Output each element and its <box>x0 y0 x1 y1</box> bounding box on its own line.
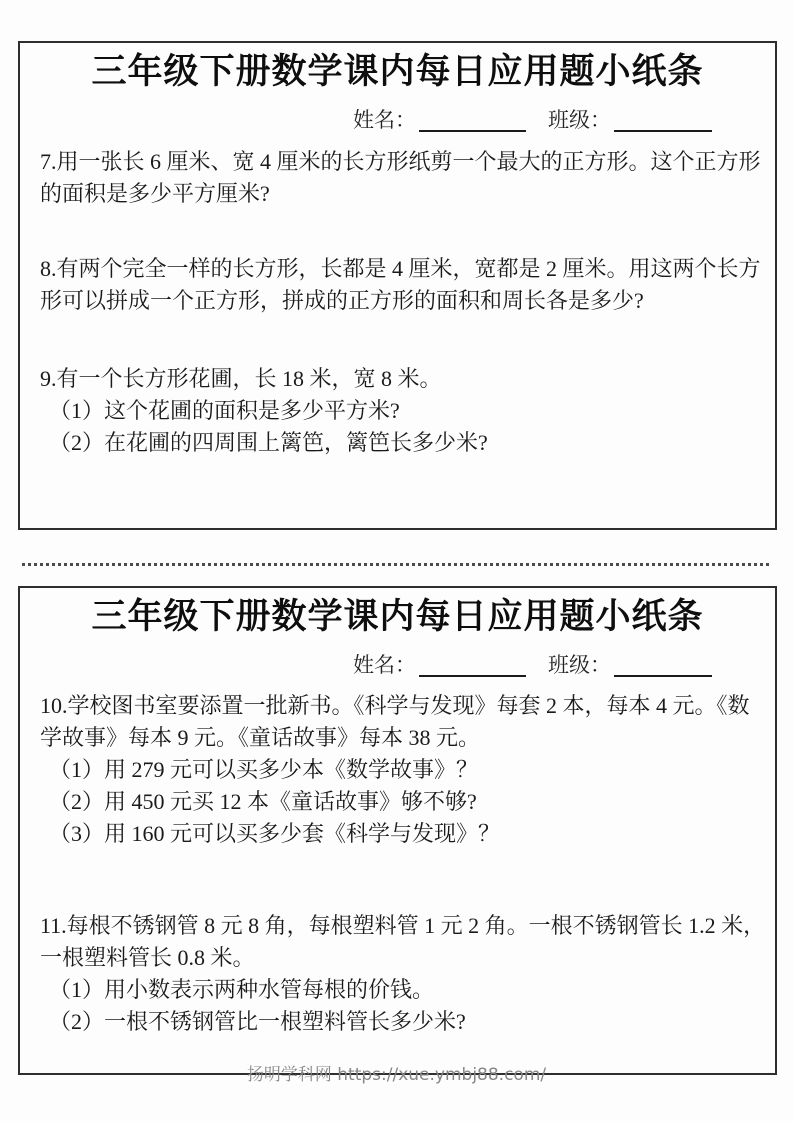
class-label: 班级： <box>548 108 611 132</box>
name-class-row: 姓名： 班级： <box>20 108 712 132</box>
name-blank-line <box>419 109 526 132</box>
question-subline: （2）在花圃的四周围上篱笆，篱笆长多少米? <box>40 427 763 459</box>
worksheet-page: 三年级下册数学课内每日应用题小纸条 姓名： 班级： 7.用一张长 6 厘米、宽 … <box>0 0 793 1121</box>
question-subline: （1）用小数表示两种水管每根的价钱。 <box>40 974 763 1006</box>
question-line: 7.用一张长 6 厘米、宽 4 厘米的长方形纸剪一个最大的正方形。这个正方形 <box>40 146 763 178</box>
question-subline: （3）用 160 元可以买多少套《科学与发现》？ <box>40 818 763 850</box>
page-title: 三年级下册数学课内每日应用题小纸条 <box>26 597 769 637</box>
question-8: 8.有两个完全一样的长方形，长都是 4 厘米，宽都是 2 厘米。用这两个长方 形… <box>40 253 763 317</box>
question-line: 学故事》每本 9 元。《童话故事》每本 38 元。 <box>40 722 763 754</box>
name-class-row: 姓名： 班级： <box>20 653 712 677</box>
class-blank-line <box>614 654 712 677</box>
question-line: 的面积是多少平方厘米? <box>40 178 763 210</box>
question-line: 一根塑料管长 0.8 米。 <box>40 942 763 974</box>
question-line: 8.有两个完全一样的长方形，长都是 4 厘米，宽都是 2 厘米。用这两个长方 <box>40 253 763 285</box>
question-11: 11.每根不锈钢管 8 元 8 角，每根塑料管 1 元 2 角。一根不锈钢管长 … <box>40 910 763 1038</box>
class-blank-line <box>614 109 712 132</box>
question-subline: （1）这个花圃的面积是多少平方米? <box>40 395 763 427</box>
page-title: 三年级下册数学课内每日应用题小纸条 <box>26 52 769 92</box>
question-9: 9.有一个长方形花圃，长 18 米，宽 8 米。 （1）这个花圃的面积是多少平方… <box>40 363 763 459</box>
question-line: 10.学校图书室要添置一批新书。《科学与发现》每套 2 本，每本 4 元。《数 <box>40 690 763 722</box>
watermark-site-url: 扬明学科网 https://xue.ymbj88.com/ <box>0 1065 793 1085</box>
dotted-cut-line <box>22 563 771 566</box>
question-subline: （2）用 450 元买 12 本《童话故事》够不够? <box>40 786 763 818</box>
question-line: 形可以拼成一个正方形，拼成的正方形的面积和周长各是多少? <box>40 285 763 317</box>
question-subline: （1）用 279 元可以买多少本《数学故事》？ <box>40 754 763 786</box>
worksheet-panel-1: 三年级下册数学课内每日应用题小纸条 姓名： 班级： 7.用一张长 6 厘米、宽 … <box>18 41 777 530</box>
question-subline: （2）一根不锈钢管比一根塑料管长多少米? <box>40 1006 763 1038</box>
question-line: 11.每根不锈钢管 8 元 8 角，每根塑料管 1 元 2 角。一根不锈钢管长 … <box>40 910 763 942</box>
class-label: 班级： <box>548 653 611 677</box>
question-line: 9.有一个长方形花圃，长 18 米，宽 8 米。 <box>40 363 763 395</box>
name-blank-line <box>419 654 526 677</box>
question-10: 10.学校图书室要添置一批新书。《科学与发现》每套 2 本，每本 4 元。《数 … <box>40 690 763 850</box>
question-7: 7.用一张长 6 厘米、宽 4 厘米的长方形纸剪一个最大的正方形。这个正方形 的… <box>40 146 763 210</box>
name-label: 姓名： <box>353 108 416 132</box>
worksheet-panel-2: 三年级下册数学课内每日应用题小纸条 姓名： 班级： 10.学校图书室要添置一批新… <box>18 586 777 1075</box>
name-label: 姓名： <box>353 653 416 677</box>
